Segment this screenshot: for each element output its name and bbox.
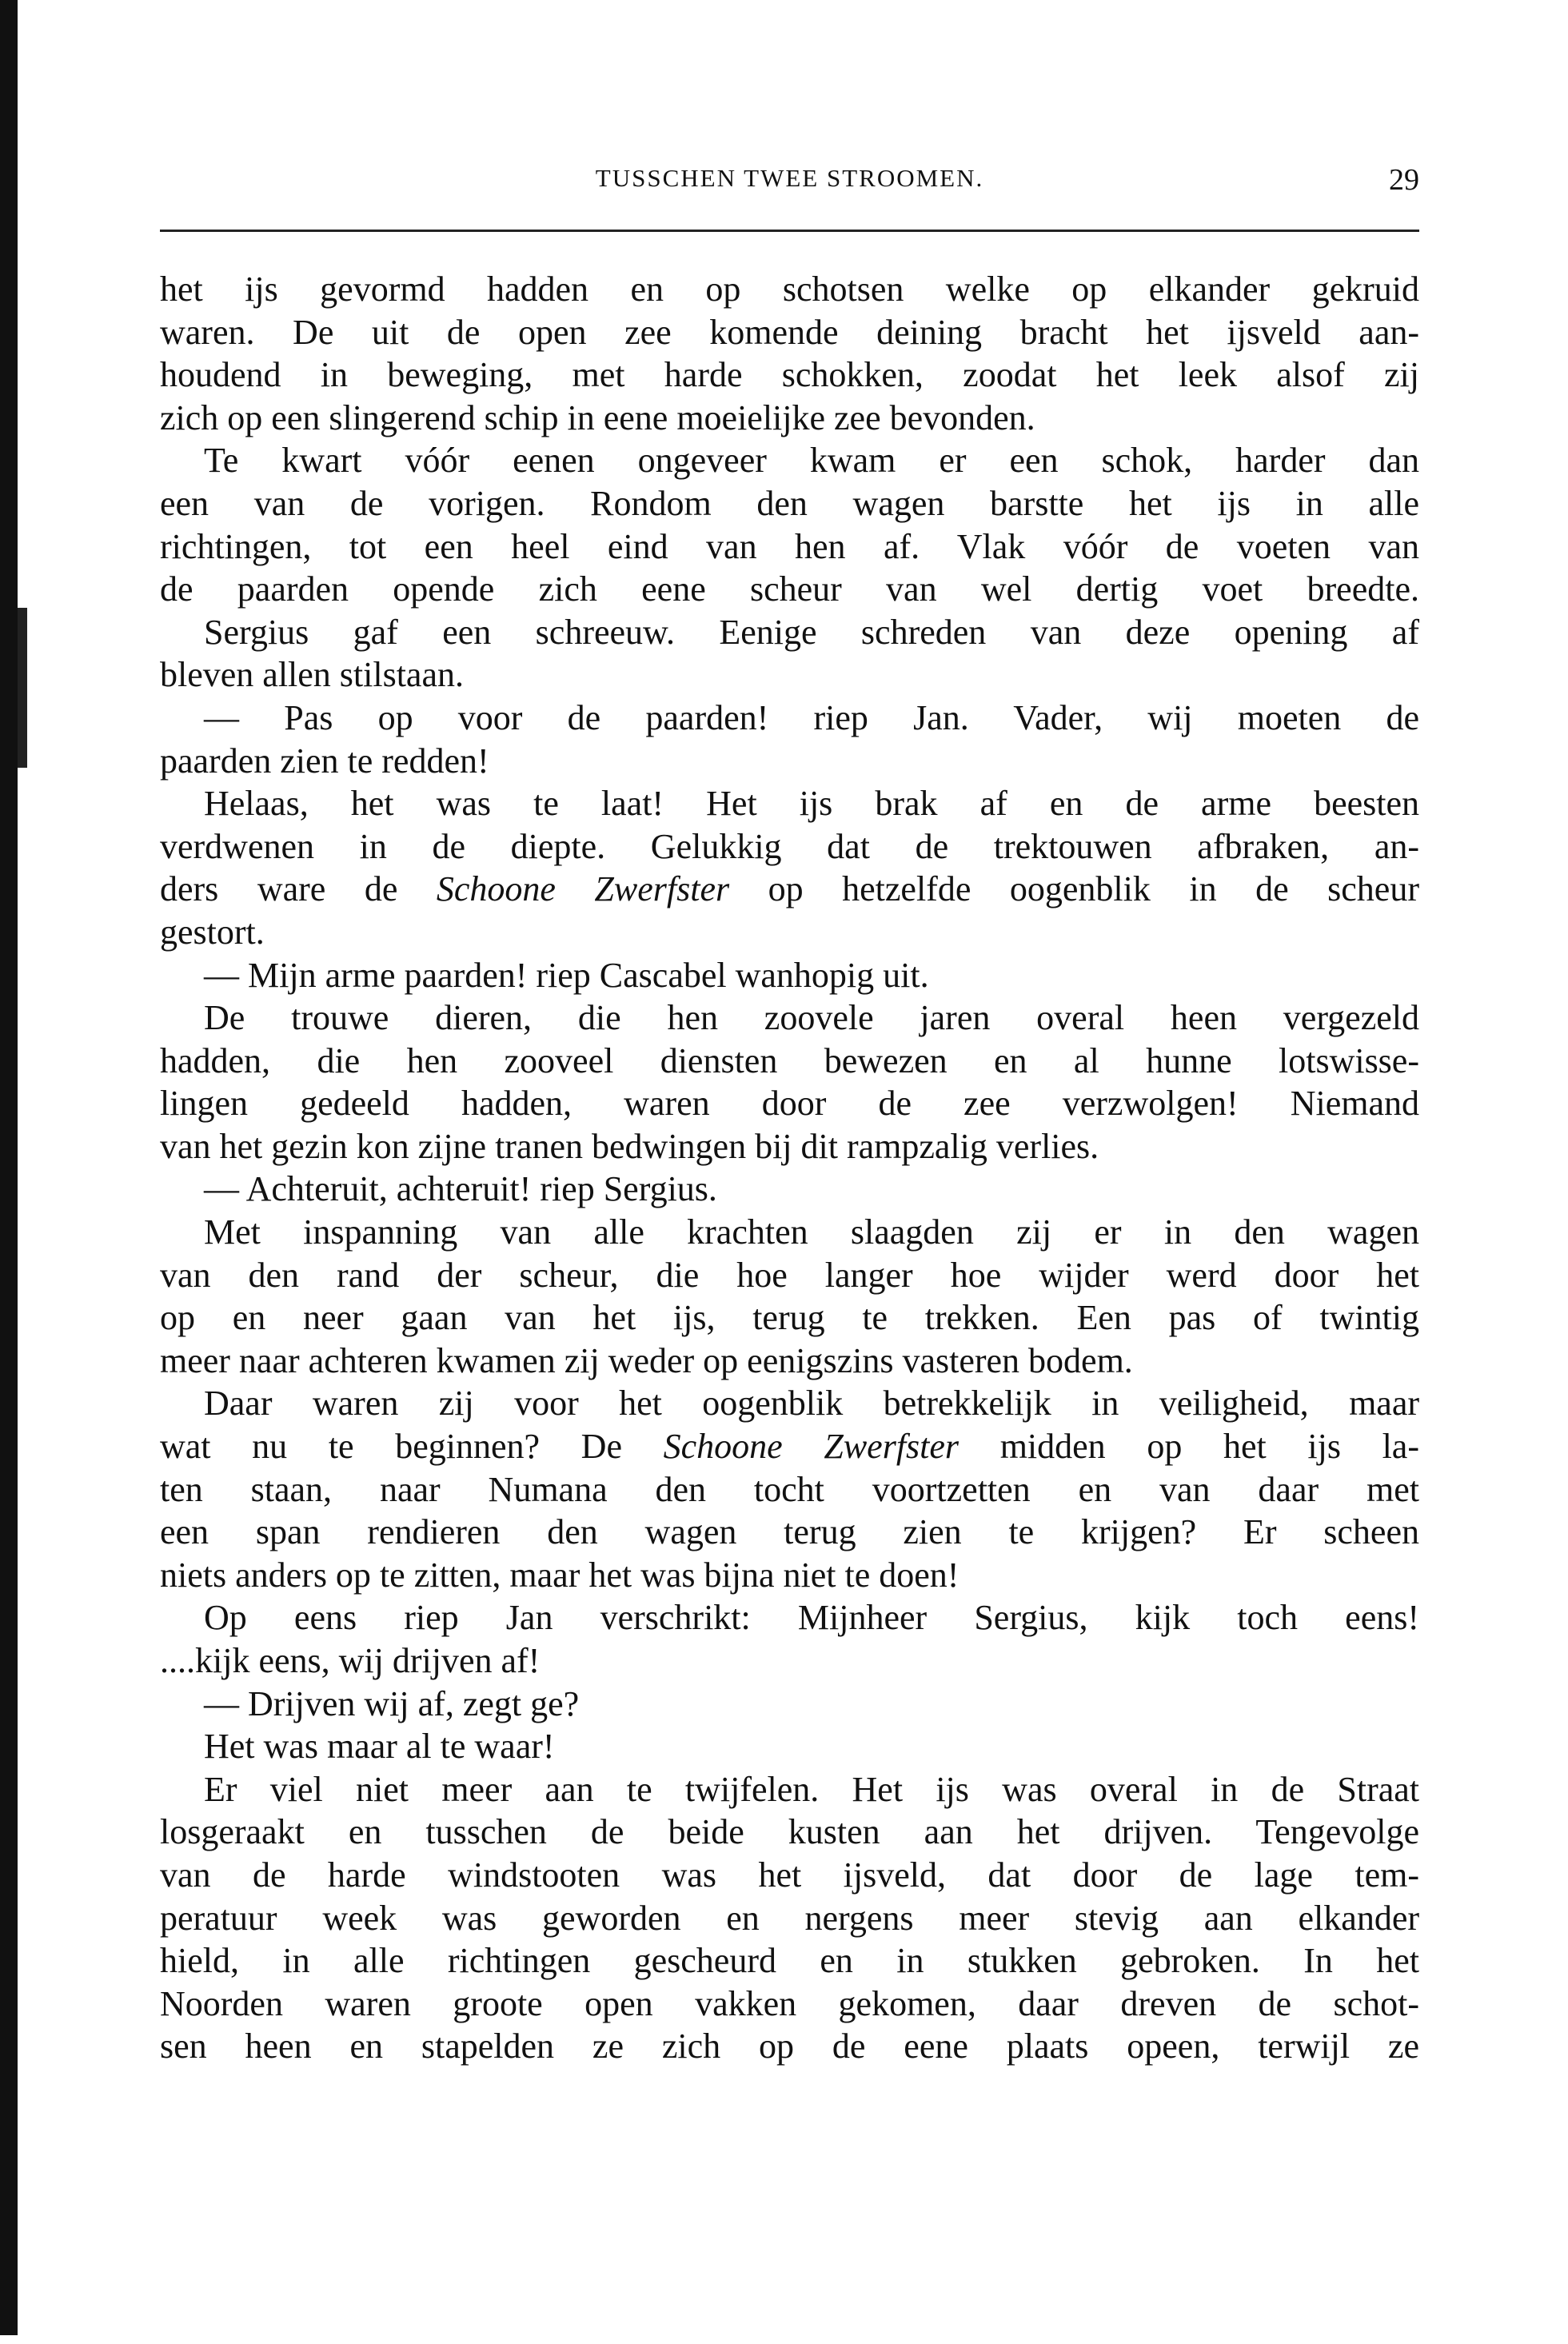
text-line: peratuur week was geworden en nergens me… bbox=[160, 1897, 1419, 1940]
text-line: bleven allen stilstaan. bbox=[160, 653, 1419, 697]
page-number: 29 bbox=[1389, 162, 1419, 198]
text-line: gestort. bbox=[160, 911, 1419, 954]
text-line: waren. De uit de open zee komende deinin… bbox=[160, 311, 1419, 354]
running-title: TUSSCHEN TWEE STROOMEN. bbox=[160, 164, 1419, 193]
text-line: sen heen en stapelden ze zich op de eene… bbox=[160, 2025, 1419, 2068]
text-line: Helaas, het was te laat! Het ijs brak af… bbox=[160, 782, 1419, 825]
text-line: Sergius gaf een schreeuw. Eenige schrede… bbox=[160, 611, 1419, 654]
body-text: het ijs gevormd hadden en op schotsen we… bbox=[160, 268, 1419, 2068]
text-line: hadden, die hen zooveel diensten bewezen… bbox=[160, 1040, 1419, 1083]
text-line: Met inspanning van alle krachten slaagde… bbox=[160, 1211, 1419, 1254]
text-line: meer naar achteren kwamen zij weder op e… bbox=[160, 1340, 1419, 1383]
text-line: paarden zien te redden! bbox=[160, 740, 1419, 783]
page-binding-shadow bbox=[18, 608, 27, 768]
ship-name: Schoone Zwerfster bbox=[664, 1427, 959, 1466]
text-line: ....kijk eens, wij drijven af! bbox=[160, 1639, 1419, 1683]
text-line: Er viel niet meer aan te twijfelen. Het … bbox=[160, 1768, 1419, 1811]
text-line: — Mijn arme paarden! riep Cascabel wanho… bbox=[160, 954, 1419, 997]
text-line: Noorden waren groote open vakken gekomen… bbox=[160, 1983, 1419, 2026]
text-line: Op eens riep Jan verschrikt: Mijnheer Se… bbox=[160, 1596, 1419, 1639]
text-line: de paarden opende zich eene scheur van w… bbox=[160, 568, 1419, 611]
text-line: zich op een slingerend schip in eene moe… bbox=[160, 397, 1419, 440]
text-line: wat nu te beginnen? De Schoone Zwerfster… bbox=[160, 1425, 1419, 1468]
page-header: TUSSCHEN TWEE STROOMEN. 29 bbox=[160, 164, 1419, 204]
text-line: van de harde windstooten was het ijsveld… bbox=[160, 1854, 1419, 1897]
text-line: houdend in beweging, met harde schokken,… bbox=[160, 353, 1419, 397]
text-line: verdwenen in de diepte. Gelukkig dat de … bbox=[160, 825, 1419, 869]
text-line: richtingen, tot een heel eind van hen af… bbox=[160, 525, 1419, 569]
text-line: losgeraakt en tusschen de beide kusten a… bbox=[160, 1811, 1419, 1854]
text-line: — Pas op voor de paarden! riep Jan. Vade… bbox=[160, 697, 1419, 740]
text-line: lingen gedeeld hadden, waren door de zee… bbox=[160, 1082, 1419, 1125]
text-line: — Drijven wij af, zegt ge? bbox=[160, 1683, 1419, 1726]
text-line: van het gezin kon zijne tranen bedwingen… bbox=[160, 1125, 1419, 1168]
text-line: Te kwart vóór eenen ongeveer kwam er een… bbox=[160, 439, 1419, 482]
text-line: ten staan, naar Numana den tocht voortze… bbox=[160, 1468, 1419, 1511]
text-line: een span rendieren den wagen terug zien … bbox=[160, 1511, 1419, 1554]
ship-name: Schoone Zwerfster bbox=[437, 869, 729, 908]
text-line: — Achteruit, achteruit! riep Sergius. bbox=[160, 1168, 1419, 1211]
header-rule bbox=[160, 230, 1419, 232]
text-line: het ijs gevormd hadden en op schotsen we… bbox=[160, 268, 1419, 311]
page-binding-edge bbox=[0, 0, 18, 2335]
text-line: niets anders op te zitten, maar het was … bbox=[160, 1554, 1419, 1597]
text-line: ders ware de Schoone Zwerfster op hetzel… bbox=[160, 868, 1419, 911]
text-line: op en neer gaan van het ijs, terug te tr… bbox=[160, 1296, 1419, 1340]
text-line: Daar waren zij voor het oogenblik betrek… bbox=[160, 1382, 1419, 1425]
text-line: een van de vorigen. Rondom den wagen bar… bbox=[160, 482, 1419, 525]
text-line: Het was maar al te waar! bbox=[160, 1725, 1419, 1768]
text-line: van den rand der scheur, die hoe langer … bbox=[160, 1254, 1419, 1297]
text-line: De trouwe dieren, die hen zoovele jaren … bbox=[160, 996, 1419, 1040]
text-line: hield, in alle richtingen gescheurd en i… bbox=[160, 1939, 1419, 1983]
